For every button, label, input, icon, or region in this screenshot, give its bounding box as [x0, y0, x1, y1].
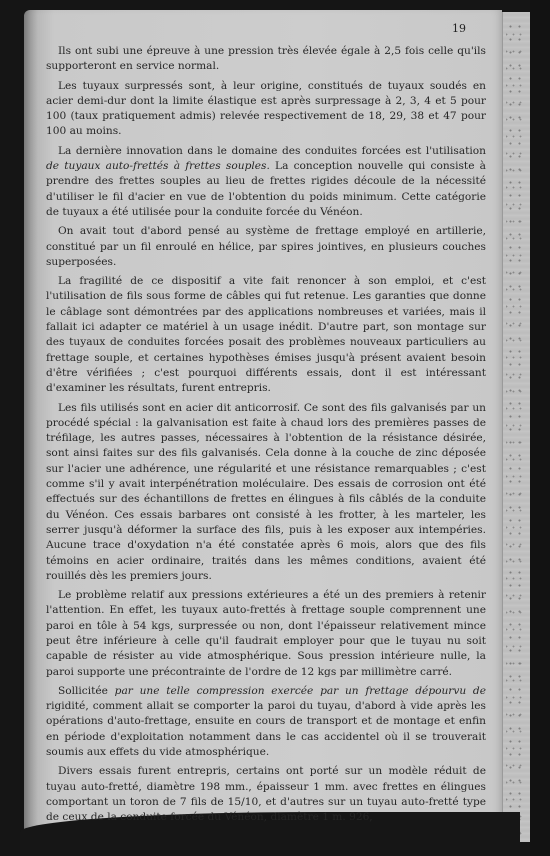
text-run: Les fils utilisés sont en acier dit anti… — [46, 402, 486, 582]
body-text: Ils ont subi une épreuve à une pression … — [46, 20, 486, 830]
page-edge-speckle — [506, 20, 524, 840]
paragraph: Les tuyaux surpressés sont, à leur origi… — [46, 79, 486, 140]
paragraph: Le problème relatif aux pressions extéri… — [46, 588, 486, 680]
paragraph: Ils ont subi une épreuve à une pression … — [46, 44, 486, 75]
text-run: Les tuyaux surpressés sont, à leur origi… — [46, 80, 486, 138]
paragraph: On avait tout d'abord pensé au système d… — [46, 224, 486, 270]
text-run: Sollicitée — [58, 685, 115, 697]
italic-text: de tuyaux auto-frettés à frettes souples — [46, 160, 266, 172]
text-run: Ils ont subi une épreuve à une pression … — [46, 45, 486, 72]
scan-border-right — [530, 0, 550, 856]
text-run: On avait tout d'abord pensé au système d… — [46, 225, 486, 268]
italic-text: par une telle compression exercée par un… — [115, 685, 486, 697]
text-run: rigidité, comment allait se comporter la… — [46, 700, 486, 758]
text-run: La fragilité de ce dispositif a vite fai… — [46, 275, 486, 394]
text-run: Le problème relatif aux pressions extéri… — [46, 589, 486, 677]
paragraph: La dernière innovation dans le domaine d… — [46, 144, 486, 220]
paragraph: Sollicitée par une telle compression exe… — [46, 684, 486, 760]
paragraph: Divers essais furent entrepris, certains… — [46, 764, 486, 825]
paragraph: La fragilité de ce dispositif a vite fai… — [46, 274, 486, 396]
paragraph: Les fils utilisés sont en acier dit anti… — [46, 401, 486, 585]
text-run: La dernière innovation dans le domaine d… — [58, 145, 486, 157]
scanned-page-background: 19 Ils ont subi une épreuve à une pressi… — [0, 0, 550, 856]
text-run: Divers essais furent entrepris, certains… — [46, 765, 486, 823]
